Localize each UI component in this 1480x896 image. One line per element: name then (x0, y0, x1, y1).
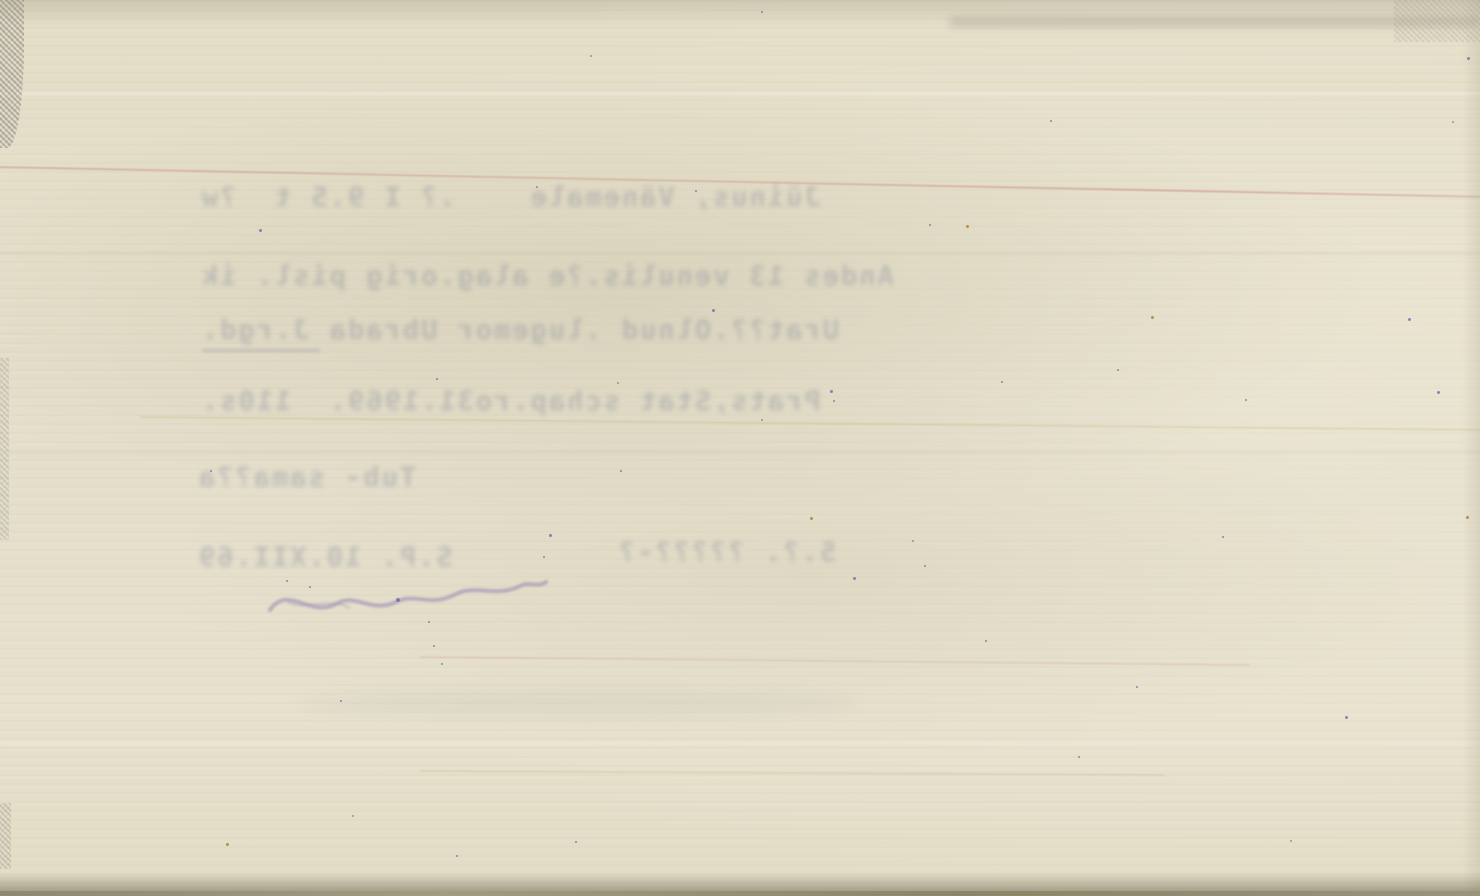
bleedthrough-text-line: Urat??.Olnud .lugemor Ubrada J.rgd. (200, 315, 839, 346)
ink-speck (286, 580, 288, 582)
ink-speck (1050, 120, 1052, 122)
bleedthrough-smudge (300, 690, 860, 716)
scan-edge-smudge-top-right (950, 17, 1480, 27)
ink-speck (1136, 686, 1138, 688)
ink-speck (536, 186, 538, 188)
ink-speck (1452, 121, 1454, 123)
ink-speck (1345, 716, 1348, 719)
ink-speck (441, 663, 443, 665)
ink-speck (929, 224, 931, 226)
ink-speck (1151, 316, 1154, 319)
scan-edge-fabric-left-middle (0, 358, 9, 540)
bleedthrough-underline (202, 349, 320, 352)
ink-speck (340, 700, 342, 702)
ink-speck (1222, 536, 1224, 538)
ink-speck (853, 577, 856, 580)
ink-speck (617, 382, 619, 384)
ink-speck (436, 378, 438, 380)
ink-speck (259, 229, 262, 232)
ink-speck (549, 534, 552, 537)
ink-speck (1078, 756, 1080, 758)
ink-speck (226, 843, 229, 846)
ink-speck (924, 565, 926, 567)
ink-speck (1408, 318, 1411, 321)
paper-streak (0, 92, 1480, 95)
ink-speck (1117, 369, 1119, 371)
ink-speck (1245, 399, 1247, 401)
bleedthrough-text-line: 5.?. ?????-? (617, 537, 836, 568)
ink-speck (575, 841, 577, 843)
ink-speck (433, 645, 435, 647)
ink-speck (309, 586, 311, 588)
ink-speck (712, 309, 715, 312)
ink-speck (966, 225, 969, 228)
ink-speck (761, 11, 763, 13)
ink-speck (428, 621, 430, 623)
bleedthrough-text-line: Jüinus, Vänemale .? I 9.5 t ?w (200, 182, 821, 213)
ink-speck (543, 556, 545, 558)
scan-edge-shade-right (1462, 0, 1480, 896)
ink-speck (985, 640, 987, 642)
ink-speck (833, 400, 835, 402)
ink-speck (1001, 381, 1003, 383)
ink-speck (456, 855, 458, 857)
ink-speck (1466, 516, 1469, 519)
bleedthrough-text-line: Prats,Stat schap.ro31.1969. 110s. (200, 386, 821, 417)
scan-edge-fabric-left-bottom (0, 803, 11, 869)
ink-speck (352, 815, 354, 817)
ink-speck (912, 540, 914, 542)
ink-speck (830, 390, 833, 393)
ink-speck (1437, 391, 1440, 394)
ink-speck (1467, 57, 1470, 60)
paper-streak (0, 451, 1480, 454)
scan-edge-dark-line-bottom (0, 891, 1480, 896)
ink-speck (210, 470, 212, 472)
ink-scribble (258, 562, 558, 692)
scanned-card-paper (0, 0, 1480, 896)
ink-speck (1290, 840, 1292, 842)
paper-streak (0, 252, 1480, 255)
ink-speck (810, 517, 813, 520)
ink-speck (590, 55, 592, 57)
ink-speck (620, 470, 622, 472)
bleedthrough-text-line: Tub- sama??a (197, 462, 416, 493)
bleedthrough-text-line: Andes 13 venulis.?e alag.orig pisl. ik (200, 261, 894, 292)
paper-streak (0, 742, 1480, 745)
ink-speck (695, 190, 697, 192)
ink-speck (396, 598, 400, 602)
ink-speck (761, 419, 763, 421)
